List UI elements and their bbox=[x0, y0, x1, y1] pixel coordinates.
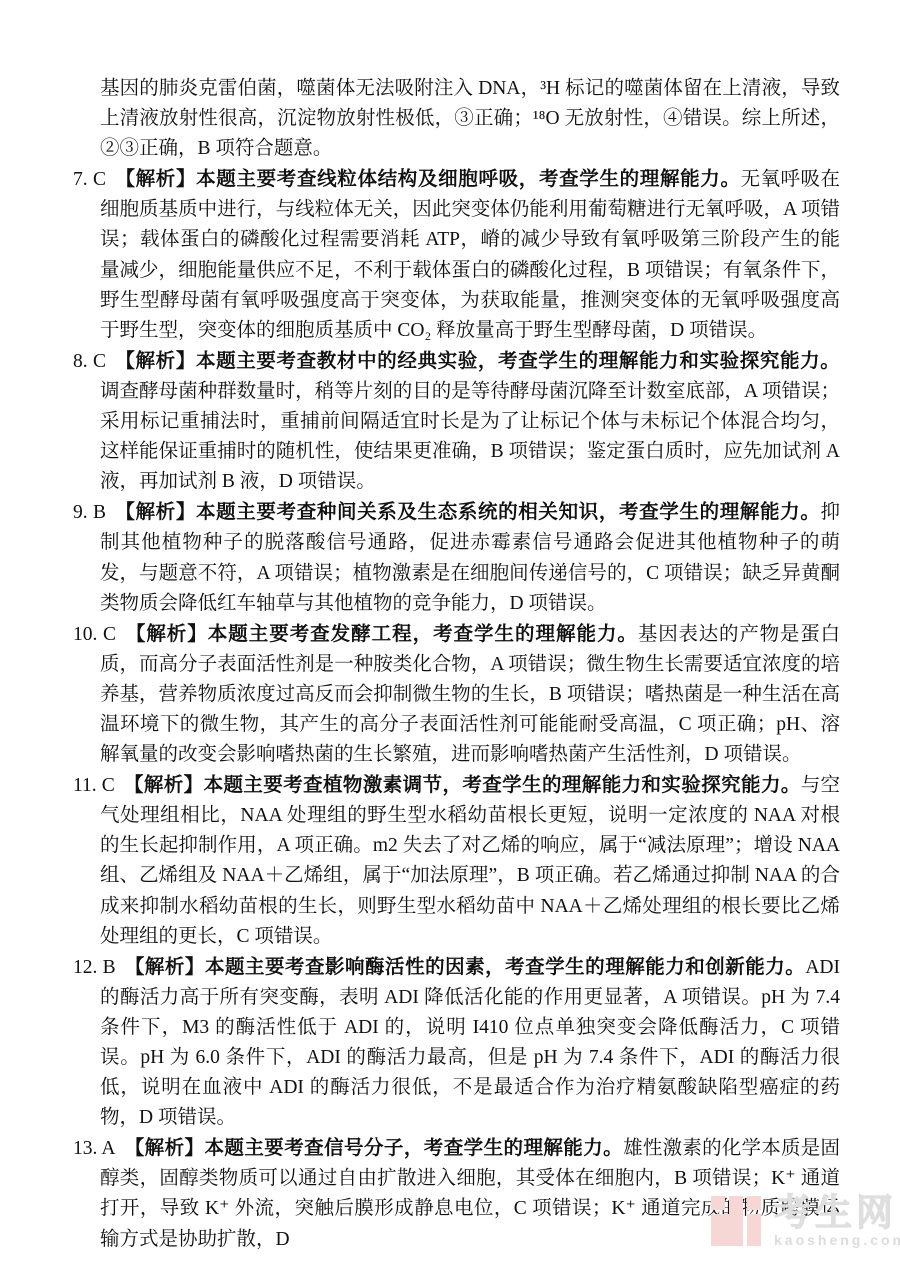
question-7-analysis-heading: 【解析】本题主要考查线粒体结构及细胞呼吸，考查学生的理解能力。 bbox=[115, 168, 741, 190]
answer-item-10: 10. C【解析】本题主要考查发酵工程，考查学生的理解能力。基因表达的产物是蛋白… bbox=[100, 619, 840, 770]
answer-item-11: 11. C【解析】本题主要考查植物激素调节，考查学生的理解能力和实验探究能力。与… bbox=[100, 770, 840, 952]
question-12-number: 12. B bbox=[73, 957, 116, 978]
question-10-analysis-heading: 【解析】本题主要考查发酵工程，考查学生的理解能力。 bbox=[125, 623, 638, 645]
question-13-number: 13. A bbox=[73, 1138, 116, 1159]
question-9-number: 9. B bbox=[73, 502, 106, 523]
question-11-analysis-heading: 【解析】本题主要考查植物激素调节，考查学生的理解能力和实验探究能力。 bbox=[124, 774, 801, 796]
question-8-number: 8. C bbox=[73, 351, 106, 372]
answer-item-7: 7. C【解析】本题主要考查线粒体结构及细胞呼吸，考查学生的理解能力。无氧呼吸在… bbox=[100, 164, 840, 346]
question-11-number: 11. C bbox=[73, 775, 115, 796]
answer-6-continuation-text: 基因的肺炎克雷伯菌，噬菌体无法吸附注入 DNA，³H 标记的噬菌体留在上清液，导… bbox=[100, 74, 840, 164]
question-12-explanation: ADI 的酶活力高于所有突变酶，表明 ADI 降低活化能的作用更显著，A 项错误… bbox=[100, 957, 840, 1128]
answer-item-12: 12. B【解析】本题主要考查影响酶活性的因素，考查学生的理解能力和创新能力。A… bbox=[100, 952, 840, 1134]
answer-item-9: 9. B【解析】本题主要考查种间关系及生态系统的相关知识，考查学生的理解能力。抑… bbox=[100, 497, 840, 618]
watermark-text-block: 考生网 kaosheng.com bbox=[774, 1196, 900, 1247]
kaosheng-watermark: 考生网 kaosheng.com bbox=[711, 1196, 900, 1247]
question-12-analysis-heading: 【解析】本题主要考查影响酶活性的因素，考查学生的理解能力和创新能力。 bbox=[125, 956, 806, 978]
question-7-explanation: 无氧呼吸在细胞质基质中进行，与线粒体无关，因此突变体仍能利用葡萄糖进行无氧呼吸，… bbox=[100, 169, 840, 340]
question-7-number: 7. C bbox=[73, 169, 106, 190]
question-13-analysis-heading: 【解析】本题主要考查信号分子，考查学生的理解能力。 bbox=[125, 1137, 624, 1159]
question-11-explanation: 与空气处理组相比，NAA 处理组的野生型水稻幼苗根长更短，说明一定浓度的 NAA… bbox=[100, 775, 840, 946]
answer-item-8: 8. C【解析】本题主要考查教材中的经典实验，考查学生的理解能力和实验探究能力。… bbox=[100, 346, 840, 497]
question-9-analysis-heading: 【解析】本题主要考查种间关系及生态系统的相关知识，考查学生的理解能力。 bbox=[115, 501, 821, 523]
question-8-explanation: 调查酵母菌种群数量时，稍等片刻的目的是等待酵母菌沉降至计数室底部，A 项错误；采… bbox=[100, 381, 840, 492]
kaosheng-logo-icon bbox=[711, 1196, 761, 1246]
watermark-site-name: 考生网 bbox=[774, 1196, 900, 1230]
question-8-analysis-heading: 【解析】本题主要考查教材中的经典实验，考查学生的理解能力和实验探究能力。 bbox=[115, 350, 840, 372]
answer-explanations-section: 基因的肺炎克雷伯菌，噬菌体无法吸附注入 DNA，³H 标记的噬菌体留在上清液，导… bbox=[100, 74, 840, 1255]
watermark-site-url: kaosheng.com bbox=[774, 1233, 900, 1247]
question-10-number: 10. C bbox=[73, 624, 116, 645]
